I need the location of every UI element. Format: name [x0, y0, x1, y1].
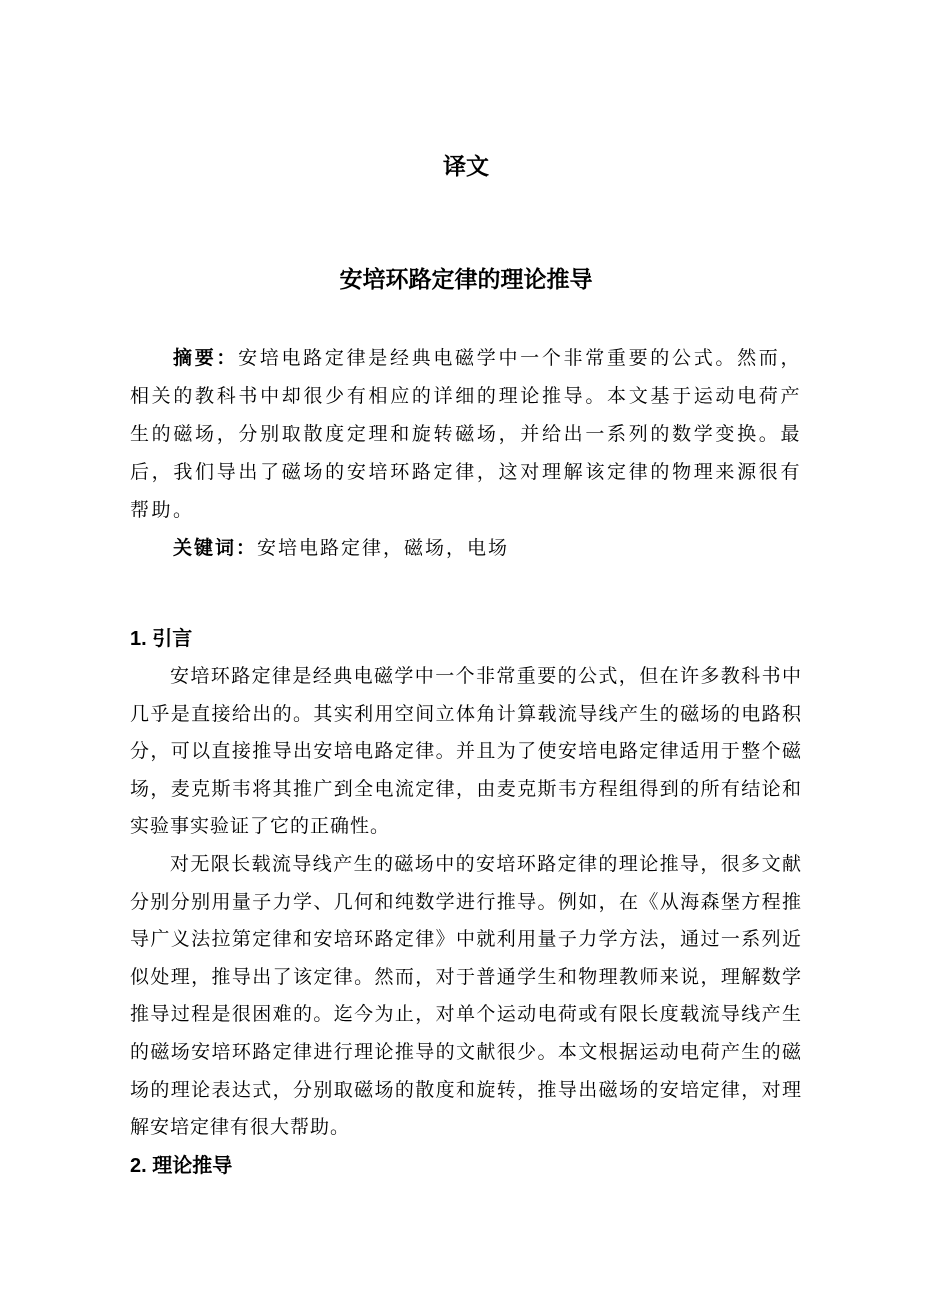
abstract-text: 安培电路定律是经典电磁学中一个非常重要的公式。然而，相关的教科书中却很少有相应的…: [130, 348, 802, 521]
keywords-line: 关键词：安培电路定律，磁场，电场: [130, 530, 802, 568]
page-title: 安培环路定律的理论推导: [130, 262, 802, 296]
keywords-label: 关键词：: [173, 538, 257, 559]
document-page: 译文 安培环路定律的理论推导 摘要：安培电路定律是经典电磁学中一个非常重要的公式…: [0, 0, 926, 1309]
section-2-heading: 2. 理论推导: [130, 1147, 802, 1185]
doc-type-label: 译文: [130, 0, 802, 182]
section-1-heading: 1. 引言: [130, 620, 802, 658]
abstract-paragraph: 摘要：安培电路定律是经典电磁学中一个非常重要的公式。然而，相关的教科书中却很少有…: [130, 340, 802, 530]
section-1-paragraph-1: 安培环路定律是经典电磁学中一个非常重要的公式，但在许多教科书中几乎是直接给出的。…: [130, 658, 802, 846]
keywords-text: 安培电路定律，磁场，电场: [257, 538, 509, 559]
abstract-label: 摘要：: [173, 348, 238, 369]
section-1-paragraph-2: 对无限长载流导线产生的磁场中的安培环路定律的理论推导，很多文献分别分别用量子力学…: [130, 846, 802, 1147]
